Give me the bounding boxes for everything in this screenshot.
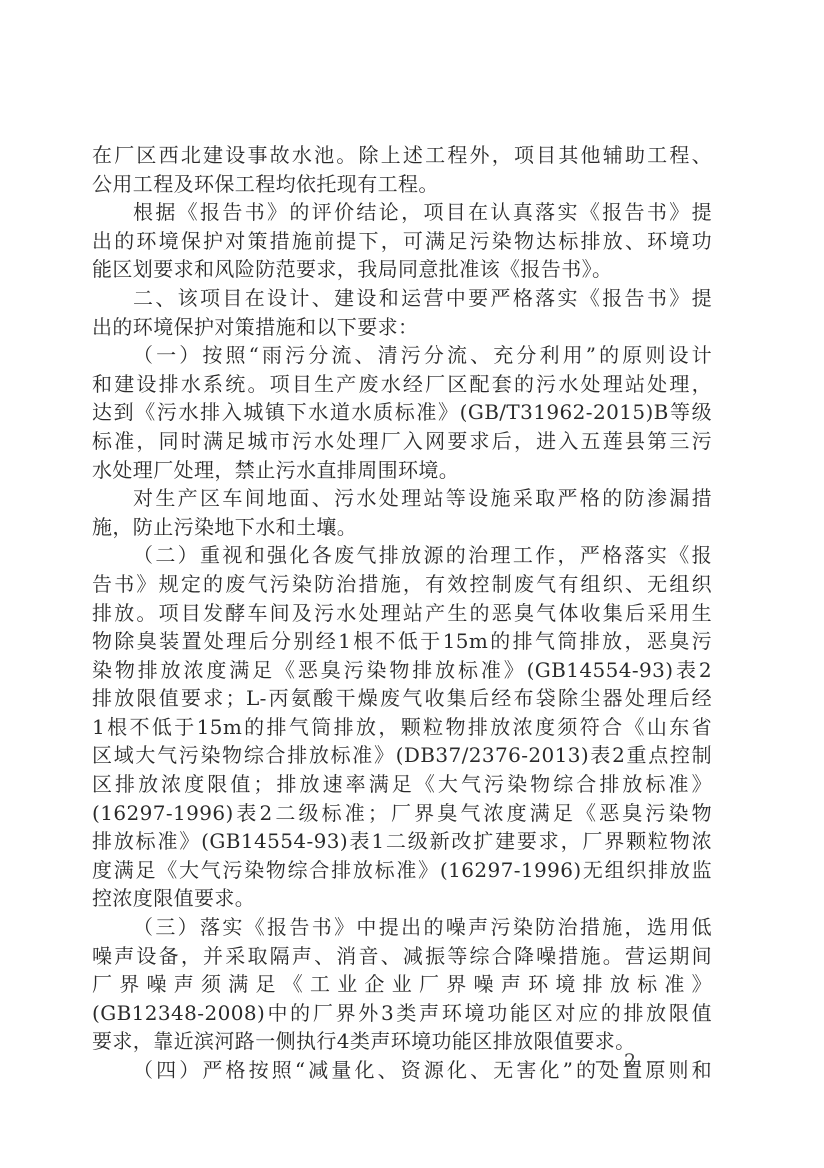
text-line: 排放限值要求；L-丙氨酸干燥废气收集后经布袋除尘器处理后经 [92,684,712,713]
text-line: 1根不低于15m的排气筒排放，颗粒物排放浓度须符合《山东省 [92,713,712,742]
text-line: 二、该项目在设计、建设和运营中要严格落实《报告书》提 [92,284,712,313]
text-line: 水处理厂处理，禁止污水直排周围环境。 [92,456,712,485]
text-line: 厂界噪声须满足《工业企业厂界噪声环境排放标准》 [92,970,712,999]
page-number: — 2 — [595,1050,667,1072]
text-line: 达到《污水排入城镇下水道水质标准》(GB/T31962-2015)B等级 [92,398,712,427]
text-line: 控浓度限值要求。 [92,884,712,913]
text-line: 出的环境保护对策措施前提下，可满足污染物达标排放、环境功 [92,227,712,256]
text-line: 对生产区车间地面、污水处理站等设施采取严格的防渗漏措 [92,484,712,513]
text-line: 度满足《大气污染物综合排放标准》(16297-1996)无组织排放监 [92,856,712,885]
text-line: 排放标准》(GB14554-93)表1二级新改扩建要求，厂界颗粒物浓 [92,827,712,856]
text-line: 能区划要求和风险防范要求，我局同意批准该《报告书》。 [92,255,712,284]
text-line: 出的环境保护对策措施和以下要求： [92,313,712,342]
body-text: 在厂区西北建设事故水池。除上述工程外，项目其他辅助工程、 公用工程及环保工程均依… [92,141,712,1085]
text-line: 根据《报告书》的评价结论，项目在认真落实《报告书》提 [92,198,712,227]
text-line: 染物排放浓度满足《恶臭污染物排放标准》(GB14554-93)表2 [92,656,712,685]
text-line: 区排放浓度限值；排放速率满足《大气污染物综合排放标准》 [92,770,712,799]
text-line: 物除臭装置处理后分别经1根不低于15m的排气筒排放，恶臭污 [92,627,712,656]
text-line: （三）落实《报告书》中提出的噪声污染防治措施，选用低 [92,913,712,942]
text-line: 标准，同时满足城市污水处理厂入网要求后，进入五莲县第三污 [92,427,712,456]
document-page: 在厂区西北建设事故水池。除上述工程外，项目其他辅助工程、 公用工程及环保工程均依… [0,0,824,1168]
text-line: （一）按照“雨污分流、清污分流、充分利用”的原则设计 [92,341,712,370]
text-line: 施，防止污染地下水和土壤。 [92,513,712,542]
text-line: （二）重视和强化各废气排放源的治理工作，严格落实《报 [92,541,712,570]
text-line: 公用工程及环保工程均依托现有工程。 [92,170,712,199]
text-line: (GB12348-2008)中的厂界外3类声环境功能区对应的排放限值 [92,999,712,1028]
text-line: (16297-1996)表2二级标准；厂界臭气浓度满足《恶臭污染物 [92,799,712,828]
text-line: 和建设排水系统。项目生产废水经厂区配套的污水处理站处理， [92,370,712,399]
text-line: 在厂区西北建设事故水池。除上述工程外，项目其他辅助工程、 [92,141,712,170]
text-line: 告书》规定的废气污染防治措施，有效控制废气有组织、无组织 [92,570,712,599]
text-line: 噪声设备，并采取隔声、消音、减振等综合降噪措施。营运期间 [92,942,712,971]
text-line: 排放。项目发酵车间及污水处理站产生的恶臭气体收集后采用生 [92,599,712,628]
text-line: 区域大气污染物综合排放标准》(DB37/2376-2013)表2重点控制 [92,741,712,770]
